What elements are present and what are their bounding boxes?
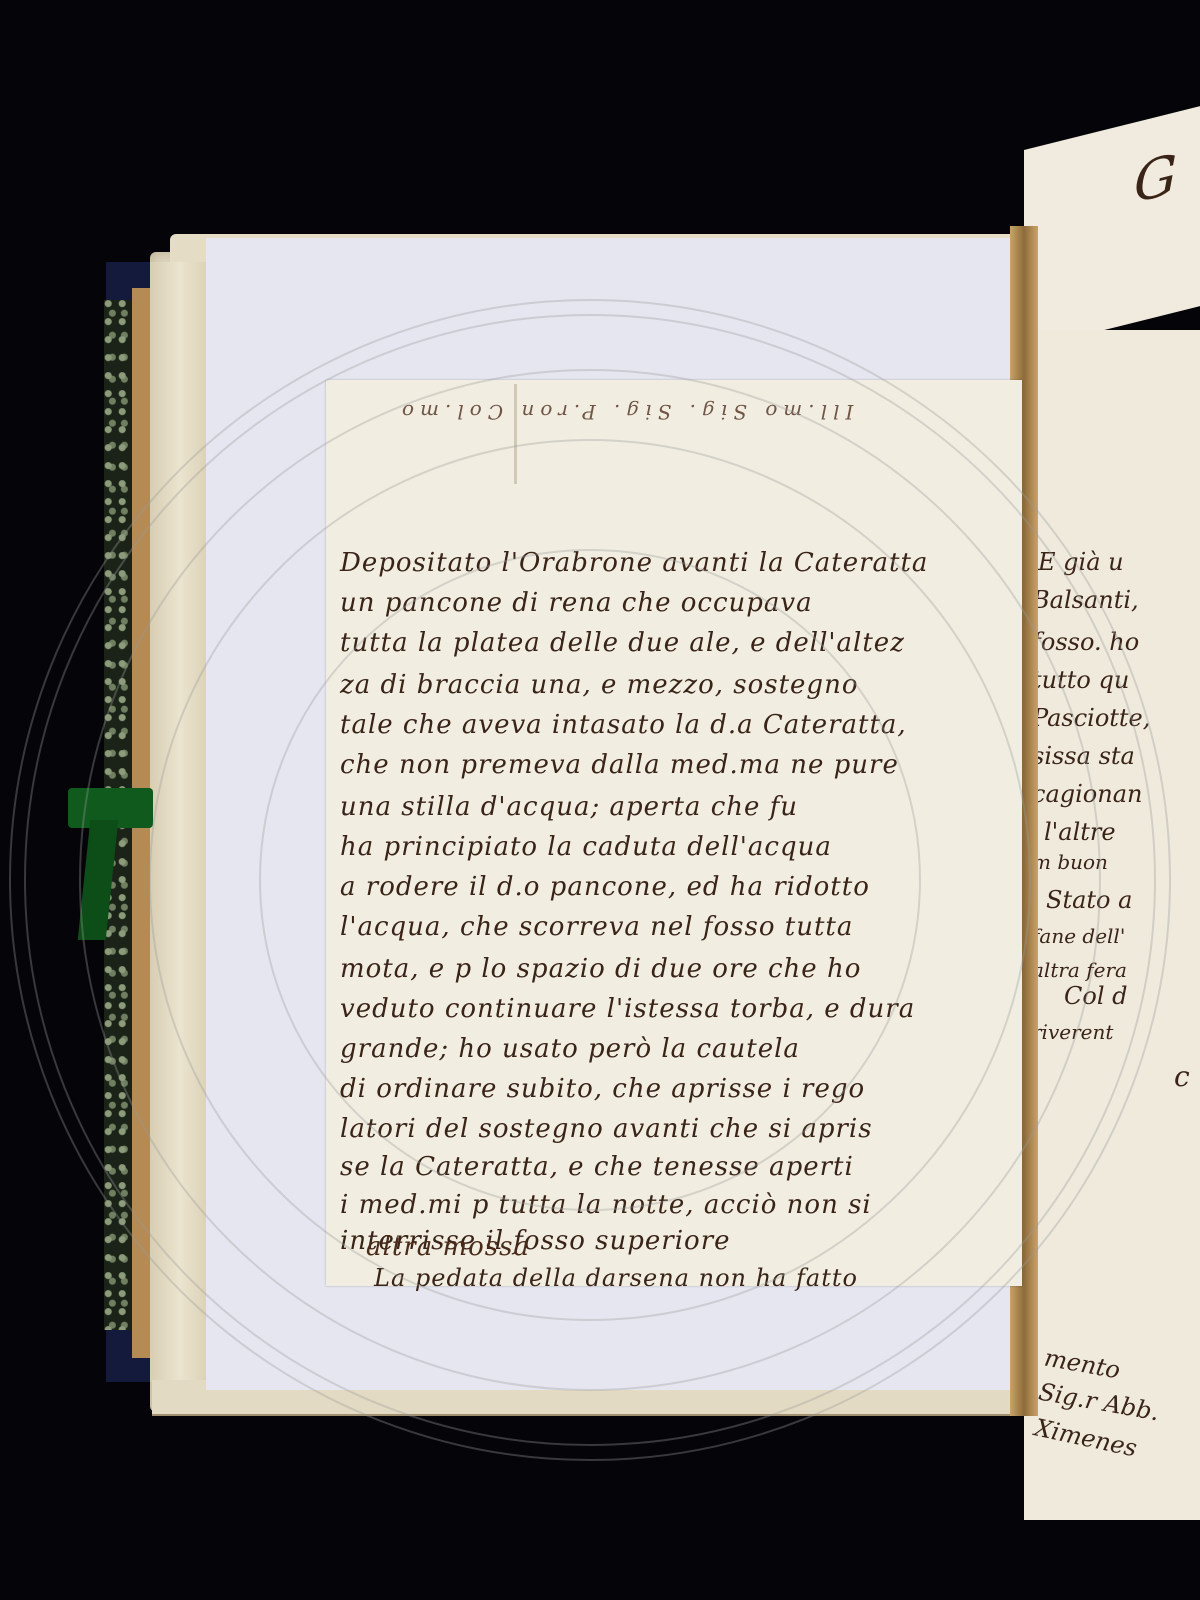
facing-line: sissa sta <box>1032 742 1135 770</box>
letter-fold-crease <box>514 384 517 484</box>
facing-line: riverent <box>1032 1020 1113 1044</box>
letter-line: a rodere il d.o pancone, ed ha ridotto <box>340 872 870 902</box>
page-stack-left-edge <box>150 262 210 1382</box>
facing-line: Balsanti, <box>1032 586 1139 614</box>
facing-line: cagionan <box>1032 780 1142 808</box>
facing-line: Pasciotte, <box>1032 704 1150 732</box>
letter-line: grande; ho usato però la cautela <box>340 1034 800 1064</box>
letter-line: che non premeva dalla med.ma ne pure <box>340 750 899 780</box>
facing-bottom-line: mento <box>1042 1344 1122 1385</box>
letter-line: un pancone di rena che occupava <box>340 588 813 618</box>
letter-line: l'acqua, che scorreva nel fosso tutta <box>340 912 853 942</box>
letter-line: una stilla d'acqua; aperta che fu <box>340 792 798 822</box>
facing-line: Col d <box>1064 982 1127 1010</box>
letter-line: za di braccia una, e mezzo, sostegno <box>340 670 858 700</box>
facing-line-fragment: c <box>1174 1060 1190 1093</box>
inverted-salutation: Ill.mo Sig. Sig. P.ron Col.mo <box>396 400 853 424</box>
letter-line: ha principiato la caduta dell'acqua <box>340 832 832 862</box>
facing-line: Stato a <box>1046 886 1132 914</box>
letter-line: di ordinare subito, che aprisse i rego <box>340 1074 865 1104</box>
facing-line: fosso. ho <box>1032 628 1139 656</box>
facing-line: tutto qu <box>1032 666 1129 694</box>
letter-closing-line: altra mossa <box>366 1232 530 1262</box>
facing-bottom-line: Ximenes <box>1032 1414 1139 1463</box>
letter-line: Depositato l'Orabrone avanti la Cateratt… <box>340 548 928 578</box>
facing-line: l'altre <box>1044 818 1116 846</box>
letter-line: latori del sostegno avanti che si apris <box>340 1114 873 1144</box>
letter-line: veduto continuare l'istessa torba, e dur… <box>340 994 915 1024</box>
facing-line: E già u <box>1038 548 1124 576</box>
facing-line: fane dell' <box>1032 924 1125 948</box>
letter-line: i med.mi p tutta la notte, acciò non si <box>340 1190 872 1220</box>
facing-line: altra fera <box>1032 958 1127 982</box>
letter-line: se la Cateratta, e che tenesse aperti <box>340 1152 854 1182</box>
facing-page-top-flap: G <box>1024 100 1200 350</box>
letter-line: mota, e p lo spazio di due ore che ho <box>340 954 861 984</box>
facing-line: m buon <box>1032 850 1108 874</box>
facing-page: E già u Balsanti, fosso. ho tutto qu Pas… <box>1024 330 1200 1520</box>
letter-line: tale che aveva intasato la d.a Cateratta… <box>340 710 907 740</box>
letter-line: La pedata della darsena non ha fatto <box>374 1264 858 1292</box>
handwritten-letter: Ill.mo Sig. Sig. P.ron Col.mo Depositato… <box>326 380 1022 1286</box>
facing-page-top-initial: G <box>1134 142 1177 216</box>
letter-line: tutta la platea delle due ale, e dell'al… <box>340 628 905 658</box>
